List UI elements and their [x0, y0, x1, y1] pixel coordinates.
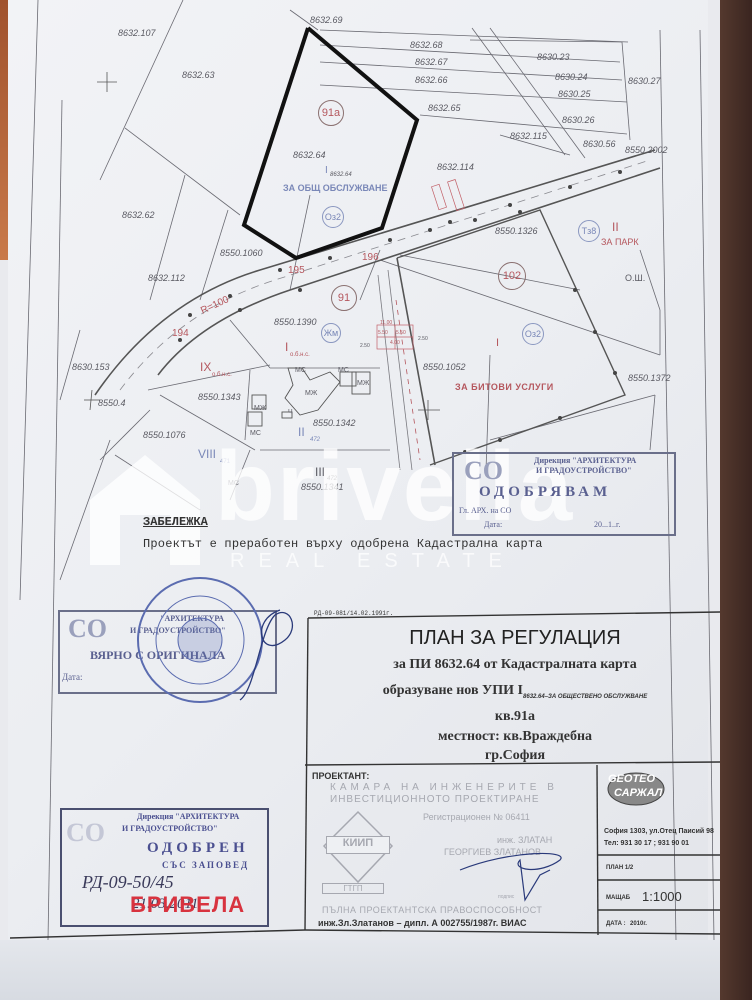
street-dimension: 5.50 — [378, 330, 388, 336]
parcel-label: 8550.1343 — [198, 392, 241, 402]
stamp-action: ОДОБРЯВАМ — [479, 484, 611, 501]
street-point: 196 — [362, 252, 379, 263]
block-number-badge: 102 — [498, 262, 526, 290]
building-label: Ч — [288, 409, 293, 416]
note-text: Проектът е преработен върху одобрена Кад… — [143, 537, 543, 551]
scale-label: МАЩАБ — [606, 895, 630, 901]
designer-label: ПРОЕКТАНТ: — [312, 771, 369, 781]
date-label: ДАТА : — [606, 921, 626, 927]
upi-roman: I — [285, 340, 288, 354]
upi-purpose: ЗА ПАРК — [601, 237, 639, 247]
plan-sheet: ПЛАН 1/2 — [606, 865, 633, 871]
upi-roman: II — [612, 220, 619, 234]
plan-upi: образуване нов УПИ I8632.64–ЗА ОБЩЕСТВЕН… — [310, 683, 720, 700]
parcel-label: 8630.153 — [72, 362, 110, 372]
stamp-line: И ГРАДОУСТРОЙСТВО" — [536, 466, 632, 475]
street-dimension: 2.50 — [418, 336, 428, 342]
stamp-date: 20...1..г. — [594, 520, 620, 529]
parcel-label: 8632.67 — [415, 57, 448, 67]
building-label: МС — [295, 367, 306, 374]
registration-number: Регистрационен № 06411 — [423, 812, 530, 822]
stamp-action: ОДОБРЕН — [147, 840, 249, 857]
street-point: 195 — [288, 265, 305, 276]
company-address: София 1303, ул.Отец Паисий 98 — [604, 828, 714, 835]
zone-badge: Оз2 — [322, 206, 344, 228]
parcel-label: 8632.112 — [148, 273, 185, 283]
company-phone: Тел: 931 30 17 ; 931 90 01 — [604, 840, 689, 847]
plan-title: ПЛАН ЗА РЕГУЛАЦИЯ — [310, 627, 720, 650]
brivela-watermark: БРИВЕЛА — [130, 892, 245, 918]
parcel-label: 8550.1390 — [274, 317, 317, 327]
parcel-label: 8632.114 — [437, 162, 474, 172]
reference-number: РД-09-081/14.02.1991г. — [314, 610, 393, 617]
zone-badge: Тз8 — [578, 220, 600, 242]
upi-roman: IX — [200, 360, 211, 374]
parcel-label: 8632.65 — [428, 103, 461, 113]
company-logo-top: GEOTEO — [608, 773, 655, 785]
street-dimension: 2.50 — [360, 343, 370, 349]
kiip-logo: КИИП — [326, 836, 390, 854]
parcel-label: 8550.1052 — [423, 362, 466, 372]
parcel-label: 8630.56 — [583, 139, 616, 149]
stamp-date-label: Дата: — [62, 672, 82, 682]
plan-locality: местност: кв.Враждебна — [310, 729, 720, 745]
parcel-label: 8632.68 — [410, 40, 443, 50]
plan-city: гр.София — [310, 748, 720, 764]
block-number-badge: 91 — [331, 285, 357, 311]
stamp-line: Дирекция "АРХИТЕКТУРА — [534, 456, 636, 465]
building-label: МЖ — [254, 405, 266, 412]
upi-roman: I — [325, 165, 328, 176]
parcel-label: 8630.23 — [537, 52, 570, 62]
map-label: О.Ш. — [625, 273, 645, 283]
building-label: МЖ — [357, 380, 369, 387]
stamp-co: СО — [464, 456, 503, 486]
section-box: ГТГП — [322, 883, 384, 894]
parcel-label: 8632.69 — [310, 15, 343, 25]
street-dimension: 11.00 — [380, 320, 392, 326]
parcel-label: 8632.115 — [510, 131, 547, 141]
street-point: 194 — [172, 328, 189, 339]
date-value: 2010г. — [630, 921, 647, 927]
street-dimension: 5.50 — [396, 330, 406, 336]
stamp-sub: СЪС ЗАПОВЕД — [162, 860, 249, 870]
parcel-label: 8550.2002 — [625, 145, 668, 155]
chamber-line: КАМАРА НА ИНЖЕНЕРИТЕ В — [330, 782, 558, 793]
upi-purpose: ЗА БИТОВИ УСЛУГИ — [455, 382, 554, 392]
block-number-badge: 91а — [318, 100, 344, 126]
upi-sub: 8632.64 — [330, 172, 352, 178]
parcel-label: 8632.62 — [122, 210, 155, 220]
building-label: МЖ — [305, 390, 317, 397]
upi-roman: I — [496, 337, 499, 349]
upi-purpose: ЗА ОБЩ ОБСЛУЖВАНЕ — [283, 183, 388, 193]
upi-sub: о.б.н.с. — [290, 352, 310, 358]
plan-block: кв.91а — [310, 709, 720, 725]
building-label: МС — [338, 367, 349, 374]
zone-badge: Жм — [321, 323, 341, 343]
parcel-label: 8632.64 — [293, 150, 326, 160]
diploma-line: инж.Зл.Златанов – дипл. А 002755/1987г. … — [318, 918, 527, 928]
plan-subject: за ПИ 8632.64 от Кадастралната карта — [310, 657, 720, 673]
designer-signature-icon — [450, 830, 590, 910]
parcel-label: 8550.1326 — [495, 226, 538, 236]
parcel-label: 8550.4 — [98, 398, 126, 408]
stamp-date-label: Дата: — [484, 520, 502, 529]
stamp-co: СО — [66, 818, 105, 848]
parcel-label: 8630.26 — [562, 115, 595, 125]
handwritten-order-number: РД-09-50/45 — [82, 872, 174, 893]
stamp-role: Гл. АРХ. на СО — [459, 506, 511, 515]
note-title: ЗАБЕЛЕЖКА — [143, 515, 208, 529]
approval-stamp: СО Дирекция "АРХИТЕКТУРА И ГРАДОУСТРОЙСТ… — [452, 452, 676, 536]
parcel-label: 8630.24 — [555, 72, 588, 82]
company-logo-bottom: САРЖАЛ — [614, 787, 662, 799]
plan-upi-main: образуване нов УПИ I — [383, 683, 523, 698]
stamp-co: СО — [68, 614, 107, 644]
parcel-label: 8632.107 — [118, 28, 156, 38]
stamp-line: И ГРАДОУСТРОЙСТВО" — [122, 824, 218, 833]
chamber-line: ИНВЕСТИЦИОННОТО ПРОЕКТИРАНЕ — [330, 794, 540, 805]
stamp-line: Дирекция "АРХИТЕКТУРА — [137, 812, 239, 821]
parcel-label: 8550.1060 — [220, 248, 263, 258]
plan-upi-sub: 8632.64–ЗА ОБЩЕСТВЕНО ОБСЛУЖВАНЕ — [523, 694, 647, 700]
parcel-label: 8550.1372 — [628, 373, 671, 383]
parcel-label: 8550.1342 — [313, 418, 356, 428]
scale-value: 1:1000 — [642, 889, 682, 904]
zone-badge: Оз2 — [522, 323, 544, 345]
parcel-label: 8632.66 — [415, 75, 448, 85]
parcel-label: 8630.27 — [628, 76, 661, 86]
upi-sub: о.б.н.с. — [212, 372, 232, 378]
parcel-label: 8550.1076 — [143, 430, 186, 440]
parcel-label: 8630.25 — [558, 89, 591, 99]
street-dimension: 4.00 — [390, 340, 400, 346]
parcel-label: 8632.63 — [182, 70, 215, 80]
